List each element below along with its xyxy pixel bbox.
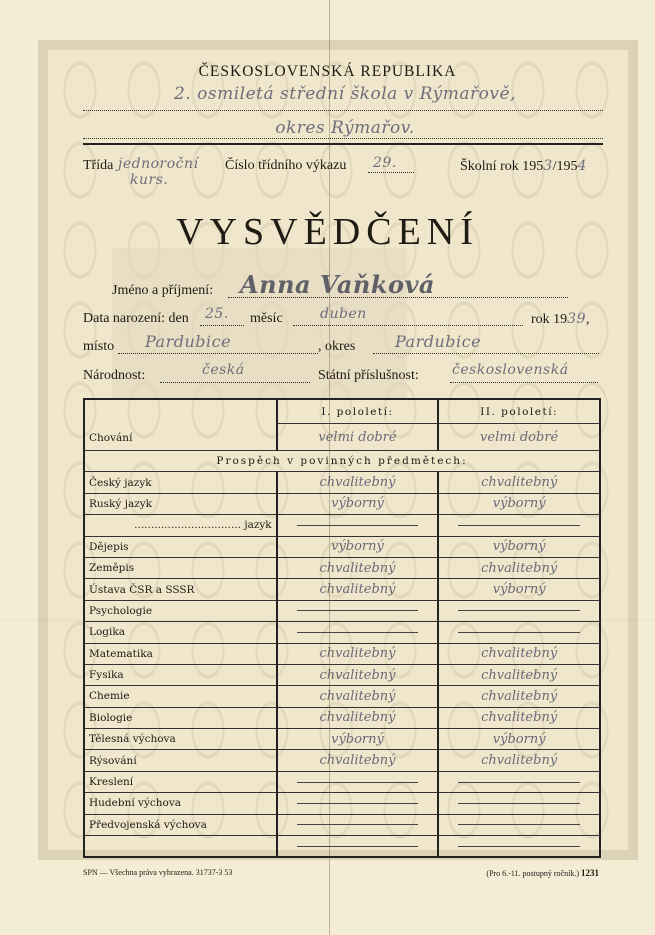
subject-name: Kreslení [84,771,277,792]
subject-name: Předvojenská výchova [84,814,277,835]
subject-name: Rýsování [84,750,277,771]
subject-row: Zeměpischvalitebnýchvalitebný [84,557,600,578]
grade-cell-term2 [438,793,600,814]
school-name-line2: okres Rýmařov. [95,118,595,138]
grade-cell-term2: výborný [438,579,600,600]
grade-value: chvalitebný [319,753,395,768]
grade-value: chvalitebný [481,646,557,661]
place-label: místo [83,339,114,355]
section-title: Prospěch v povinných předmětech: [84,451,600,472]
grade-cell-term1 [277,515,439,536]
subject-row: Logika [84,622,600,643]
empty-grade-dash [297,782,418,783]
subject-row: Rýsováníchvalitebnýchvalitebný [84,750,600,771]
grade-cell-term2: výborný [438,729,600,750]
subject-row: Psychologie [84,600,600,621]
grade-cell-term1 [277,600,439,621]
subject-name: Hudební výchova [84,793,277,814]
empty-grade-dash [458,846,579,847]
subject-name: Ruský jazyk [84,493,277,514]
grade-value: výborný [331,539,384,554]
subject-row: Chemiechvalitebnýchvalitebný [84,686,600,707]
document-title: VYSVĚDČENÍ [0,210,655,254]
term2-header: II. pololetí: [438,399,600,424]
name-label: Jméno a příjmení: [112,283,213,299]
grade-value: chvalitebný [481,689,557,704]
district-dots [373,353,599,354]
grade-cell-term1: chvalitebný [277,707,439,728]
class-value-line2: kurs. [130,172,168,188]
subject-name: Český jazyk [84,472,277,493]
subject-row: Fysikachvalitebnýchvalitebný [84,664,600,685]
grade-cell-term2: chvalitebný [438,686,600,707]
grade-cell-term2 [438,771,600,792]
header-row: Chování I. pololetí: II. pololetí: [84,399,600,424]
footer-right: (Pro 6.-11. postupný ročník.) 1231 [486,868,599,878]
footer-note: (Pro 6.-11. postupný ročník.) [486,869,579,878]
grade-cell-term1: chvalitebný [277,643,439,664]
grade-cell-term2 [438,814,600,835]
empty-grade-dash [458,610,579,611]
subject-row: ................................ jazyk [84,515,600,536]
empty-grade-dash [297,525,418,526]
subject-name: Chemie [84,686,277,707]
subject-name: Fysika [84,664,277,685]
subject-row [84,836,600,858]
grade-cell-term1: výborný [277,729,439,750]
place-value: Pardubice [145,332,231,351]
school-year-sep: /195 [553,159,578,174]
grade-value: chvalitebný [319,668,395,683]
form-code: 1231 [581,868,599,878]
empty-grade-dash [458,632,579,633]
grade-cell-term2: chvalitebný [438,643,600,664]
subject-row: Kreslení [84,771,600,792]
class-label: Třída [83,158,113,174]
header-rule [83,143,603,145]
grade-cell-term1 [277,771,439,792]
grade-value: chvalitebný [319,710,395,725]
subject-name: Tělesná výchova [84,729,277,750]
birth-year-value: 39 [567,311,586,327]
birth-day-label: Data narození: den [83,311,189,327]
grades-table: Chování I. pololetí: II. pololetí: velmi… [83,398,601,858]
citizenship-label: Státní příslušnost: [318,368,419,384]
grade-value: výborný [493,582,546,597]
subject-row: Předvojenská výchova [84,814,600,835]
subject-row: Ústava ČSR a SSSRchvalitebnývýborný [84,579,600,600]
grade-cell-term1: výborný [277,493,439,514]
subject-name: Ústava ČSR a SSSR [84,579,277,600]
empty-grade-dash [297,846,418,847]
empty-grade-dash [458,824,579,825]
grade-cell-term1: chvalitebný [277,579,439,600]
grade-cell-term1 [277,814,439,835]
behavior-term1: velmi dobré [318,430,396,445]
register-value: 29. [373,155,397,171]
term1-header: I. pololetí: [277,399,439,424]
subject-name [84,836,277,858]
subject-row: Dějepisvýbornývýborný [84,536,600,557]
subject-row: Hudební výchova [84,793,600,814]
grade-value: chvalitebný [481,475,557,490]
subject-name: Matematika [84,643,277,664]
subject-name: Zeměpis [84,557,277,578]
behavior-label: Chování [84,399,277,451]
grade-cell-term1: chvalitebný [277,557,439,578]
subject-name: Psychologie [84,600,277,621]
fold-line-horizontal [0,620,655,621]
fold-line-vertical [329,0,330,935]
grade-cell-term2 [438,600,600,621]
grade-value: chvalitebný [319,689,395,704]
month-label: měsíc [250,311,283,327]
empty-grade-dash [297,824,418,825]
behavior-term2: velmi dobré [480,430,558,445]
grade-cell-term1 [277,793,439,814]
class-value: jednoroční [118,156,199,172]
grade-cell-term2: chvalitebný [438,472,600,493]
grade-cell-term1: výborný [277,536,439,557]
subject-row: Matematikachvalitebnýchvalitebný [84,643,600,664]
year-label: rok 1939, [531,311,590,328]
subject-name: ................................ jazyk [84,515,277,536]
grade-value: chvalitebný [481,710,557,725]
empty-grade-dash [297,610,418,611]
subject-name: Logika [84,622,277,643]
grade-cell-term2: chvalitebný [438,750,600,771]
birth-day-dots [200,325,244,326]
month-dots [293,325,523,326]
subject-row: Ruský jazykvýbornývýborný [84,493,600,514]
school-line1-dots [83,110,603,111]
grade-cell-term2 [438,622,600,643]
grade-cell-term2 [438,836,600,858]
nationality-value: česká [202,362,245,378]
grade-cell-term1 [277,622,439,643]
grade-cell-term1: chvalitebný [277,472,439,493]
nationality-dots [160,382,310,383]
empty-grade-dash [297,803,418,804]
school-year-prefix: Školní rok 195 [460,159,543,174]
school-year-label: Školní rok 1953/1954 [460,158,587,175]
nationality-label: Národnost: [83,368,145,384]
grade-value: chvalitebný [319,561,395,576]
empty-grade-dash [458,803,579,804]
grade-cell-term1 [277,836,439,858]
register-dots [368,172,414,173]
grade-value: výborný [331,496,384,511]
empty-grade-dash [297,632,418,633]
grade-value: chvalitebný [481,561,557,576]
grade-value: výborný [493,732,546,747]
school-name-line1: 2. osmiletá střední škola v Rýmařově, [95,84,595,104]
grade-value: chvalitebný [319,582,395,597]
grade-value: chvalitebný [481,753,557,768]
grade-value: výborný [331,732,384,747]
grade-cell-term2: chvalitebný [438,664,600,685]
grade-cell-term2: výborný [438,493,600,514]
citizenship-value: československá [452,362,569,378]
district-value: Pardubice [395,332,481,351]
year-prefix: rok 19 [531,312,567,327]
grade-cell-term1: chvalitebný [277,664,439,685]
subject-row: Biologiechvalitebnýchvalitebný [84,707,600,728]
subject-name: Dějepis [84,536,277,557]
school-line2-dots [83,138,603,139]
footer-left: SPN — Všechna práva vyhrazena. 31737-3 5… [83,868,232,877]
place-dots [118,353,318,354]
subject-row: Český jazykchvalitebnýchvalitebný [84,472,600,493]
grade-value: výborný [493,496,546,511]
country-title: ČESKOSLOVENSKÁ REPUBLIKA [0,63,655,81]
grade-value: chvalitebný [481,668,557,683]
district-label: , okres [318,339,355,355]
name-value: Anna Vaňková [240,270,435,299]
subject-row: Tělesná výchovavýbornývýborný [84,729,600,750]
section-row: Prospěch v povinných předmětech: [84,451,600,472]
grade-cell-term2 [438,515,600,536]
citizenship-dots [450,382,598,383]
birth-day-value: 25. [205,306,229,322]
school-year-end: 4 [578,158,587,174]
empty-grade-dash [458,525,579,526]
empty-grade-dash [458,782,579,783]
grade-value: chvalitebný [319,646,395,661]
subject-name: Biologie [84,707,277,728]
grade-cell-term1: chvalitebný [277,686,439,707]
school-year-start: 3 [543,158,552,174]
grade-cell-term2: chvalitebný [438,557,600,578]
grade-cell-term2: výborný [438,536,600,557]
grade-value: chvalitebný [319,475,395,490]
birth-month-value: duben [320,306,367,322]
grade-value: výborný [493,539,546,554]
grade-cell-term1: chvalitebný [277,750,439,771]
grade-cell-term2: chvalitebný [438,707,600,728]
